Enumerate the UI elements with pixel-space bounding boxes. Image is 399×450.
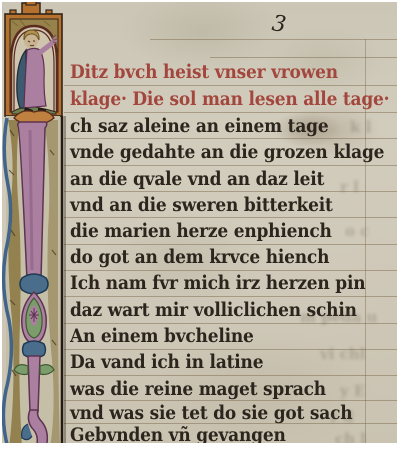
ruling-line: [64, 296, 397, 297]
ruling-line: [64, 270, 397, 271]
verse-line: vnd was sie tet do sie got sach: [70, 403, 352, 425]
ruling-line: [64, 217, 397, 218]
scan-border: [0, 0, 399, 2]
ruling-line: [64, 138, 397, 139]
decorated-initial-I: [3, 111, 65, 450]
verse-line: daz wart mir volliclichen schin: [70, 300, 357, 322]
ruling-line: [64, 349, 397, 350]
scan-border: [0, 0, 2, 450]
rubric-line: Ditz bvch heist vnser vrowen: [70, 62, 338, 84]
miniature-standing-figure: [5, 0, 62, 116]
rubric-line: klage· Die sol man lesen alle tage·: [70, 89, 389, 111]
ruling-line: [150, 39, 397, 40]
ruling-line: [64, 165, 397, 166]
ruling-line: [64, 85, 397, 86]
verse-line: was die reine maget sprach: [70, 379, 326, 401]
scan-border: [0, 443, 399, 450]
verse-line: vnde gedahte an die grozen klage: [70, 142, 384, 164]
illuminated-initial-column: [0, 0, 70, 450]
manuscript-page: 3 Ditz bvch heist vnser vrowen klage· Di…: [0, 0, 399, 450]
ruling-line: [64, 191, 397, 192]
verse-line: do got an dem krvce hiench: [70, 247, 329, 269]
ruling-line: [210, 57, 397, 58]
verse-line: ch saz aleine an einem tage: [70, 116, 328, 138]
verse-line: die marien herze enphiench: [70, 221, 332, 243]
ruling-line: [64, 244, 397, 245]
verse-line: Ich nam fvr mich irz herzen pin: [70, 273, 365, 295]
ruling-line: [64, 112, 397, 113]
verse-line: an die qvale vnd an daz leit: [70, 169, 324, 191]
verse-line: Da vand ich in latine: [70, 352, 263, 374]
ruling-line: [64, 323, 397, 324]
verse-line: An einem bvcheline: [70, 326, 254, 348]
verse-line: vnd an die sweren bitterkeit: [70, 195, 333, 217]
ruling-line: [64, 375, 397, 376]
